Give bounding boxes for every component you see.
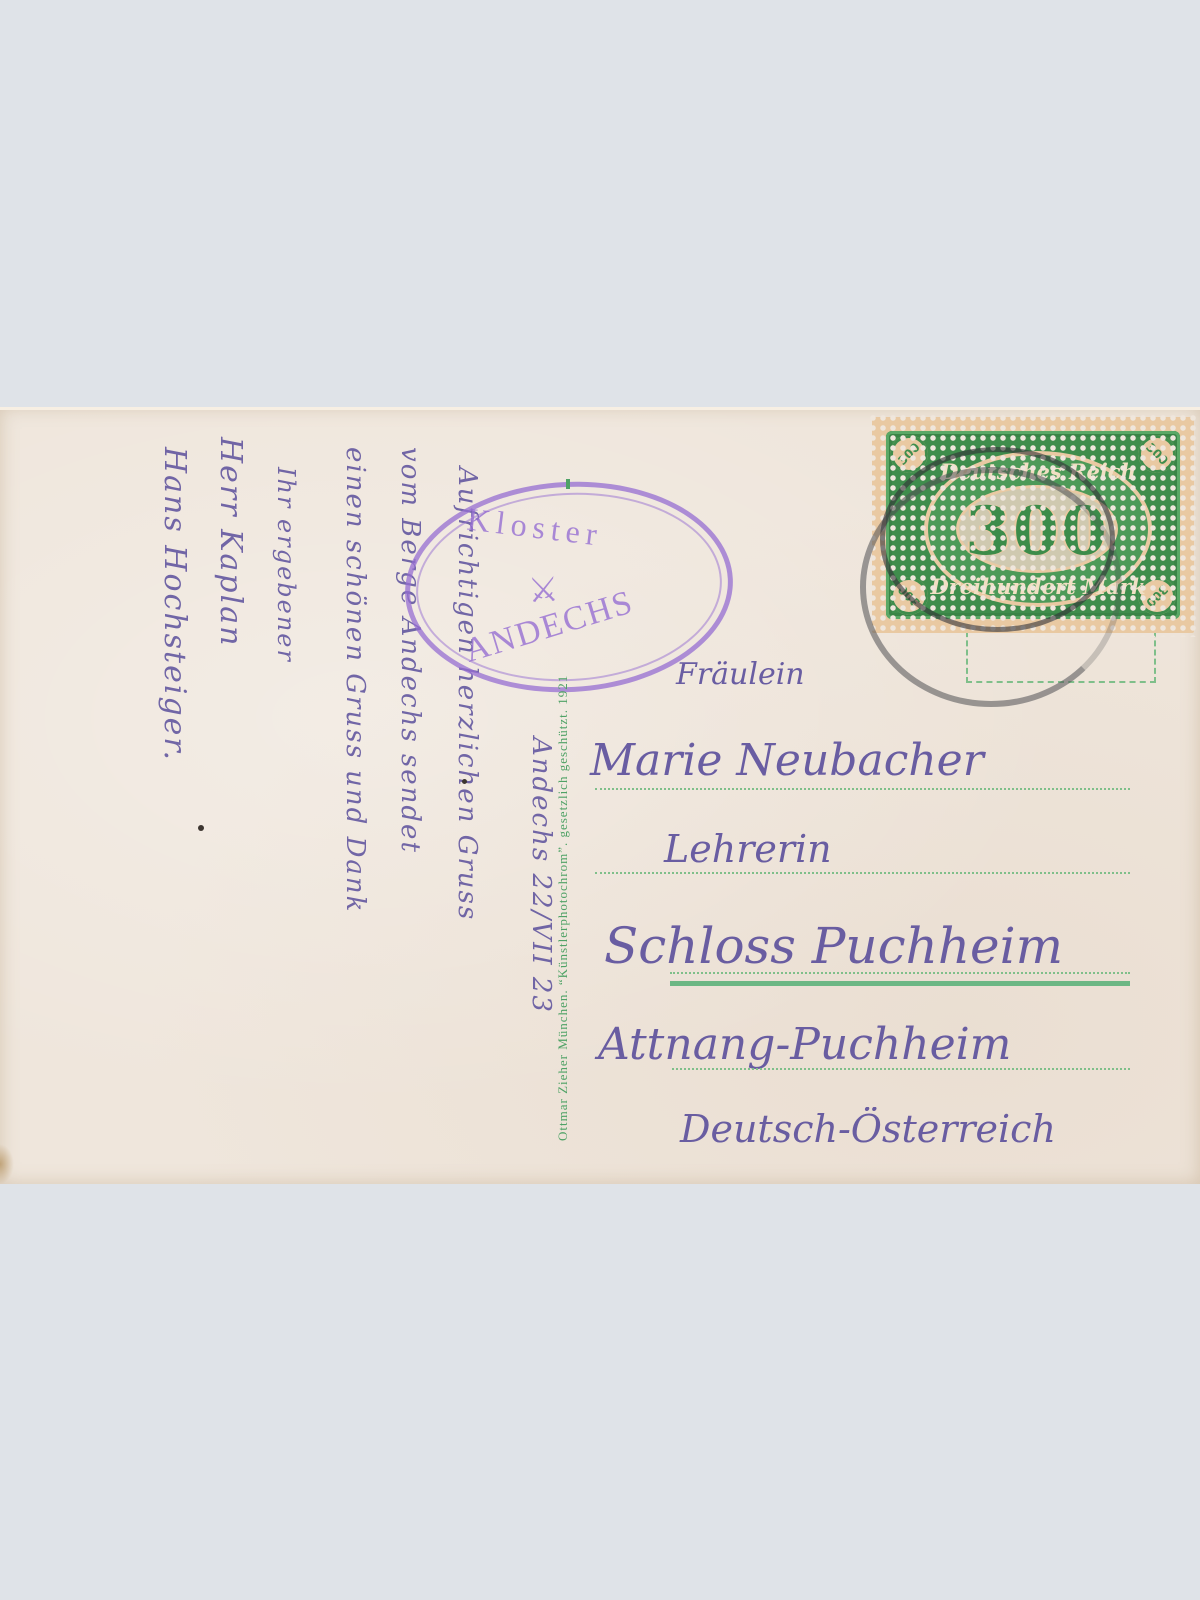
address-name: Marie Neubacher bbox=[590, 735, 984, 786]
message-line-closing: Ihr ergebener bbox=[272, 467, 300, 663]
address-place: Schloss Puchheim bbox=[604, 917, 1063, 975]
postmark-inner-ring bbox=[880, 447, 1115, 632]
publisher-imprint: Ottmar Zieher München. “Künstlerphotochr… bbox=[555, 675, 571, 1141]
card-stain bbox=[0, 1144, 14, 1184]
address-line-3 bbox=[670, 972, 1130, 974]
message-date: Andechs 22/VII 23 bbox=[526, 737, 556, 1014]
address-town: Attnang-Puchheim bbox=[598, 1019, 1011, 1070]
divider-mark-top bbox=[566, 479, 570, 489]
ink-spot bbox=[198, 825, 204, 831]
address-title: Lehrerin bbox=[664, 827, 832, 871]
address-line-2 bbox=[595, 872, 1130, 874]
address-line-4 bbox=[672, 1068, 1130, 1070]
address-country: Deutsch-Österreich bbox=[680, 1107, 1056, 1151]
message-line-sender: Herr Kaplan bbox=[213, 437, 248, 647]
ink-spot bbox=[462, 779, 467, 784]
message-line-2: vom Berge Andechs sendet bbox=[395, 447, 425, 854]
address-underline-solid bbox=[670, 981, 1130, 986]
crossed-keys-icon: ⚔ bbox=[527, 569, 564, 611]
message-line-3: einen schönen Gruss und Dank bbox=[340, 447, 370, 913]
message-signature: Hans Hochsteiger. bbox=[157, 447, 192, 762]
address-salutation: Fräulein bbox=[676, 657, 805, 692]
postcard: Hans Hochsteiger. Herr Kaplan Ihr ergebe… bbox=[0, 407, 1200, 1184]
card-top-edge bbox=[0, 407, 1200, 410]
kloster-stamp-top: Kloster bbox=[465, 501, 605, 554]
kloster-stamp-bottom: ANDECHS bbox=[460, 583, 638, 670]
address-line-1 bbox=[595, 788, 1130, 790]
